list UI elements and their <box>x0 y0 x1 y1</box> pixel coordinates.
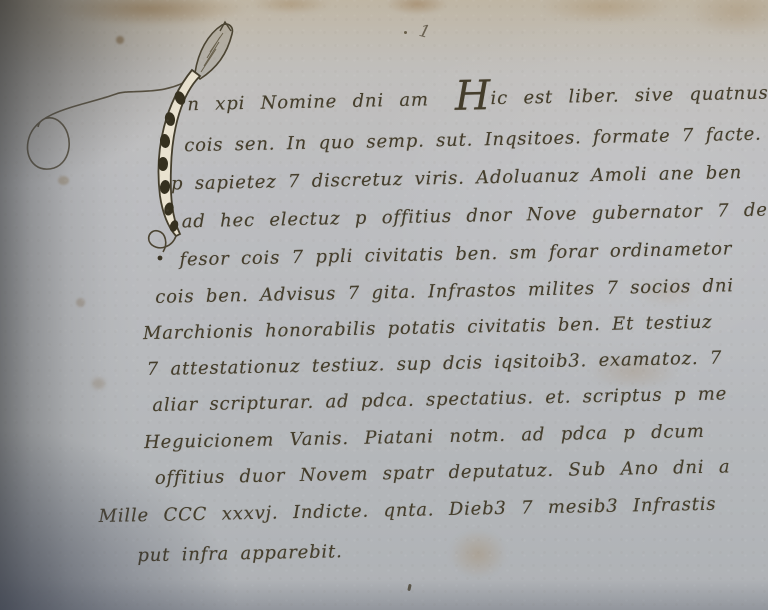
manuscript-text: n xpi Nomine dni amHic est liber. sive q… <box>0 0 768 610</box>
manuscript-line: ad hec electuz p offitius dnor Nove gube… <box>182 200 768 233</box>
manuscript-line: aliar scripturar. ad pdca. spectatius. e… <box>152 383 727 416</box>
manuscript-line: offitius duor Novem spatr deputatuz. Sub… <box>155 456 731 489</box>
manuscript-line: put infra apparebit. <box>137 541 343 566</box>
manuscript-line: cois sen. In quo semp. sut. Inqsitoes. f… <box>184 124 762 157</box>
heading-left-text: n xpi Nomine dni am <box>187 89 429 115</box>
manuscript-line: Marchionis honorabilis potatis civitatis… <box>143 312 713 344</box>
manuscript-line: Heguicionem Vanis. Piatani notm. ad pdca… <box>144 421 705 453</box>
manuscript-line: Mille CCC xxxvj. Indicte. qnta. Dieb3 7 … <box>98 494 716 527</box>
initial-H: H <box>454 71 491 120</box>
manuscript-line: p sapietez 7 discretuz viris. Adoluanuz … <box>171 162 742 194</box>
manuscript-line: cois ben. Advisus 7 gita. Infrastos mili… <box>155 275 734 308</box>
manuscript-line: n xpi Nomine dni amHic est liber. sive q… <box>187 83 768 116</box>
manuscript-line: 7 attestationuz testiuz. sup dcis iqsito… <box>147 348 723 381</box>
heading-gap <box>429 105 455 106</box>
manuscript-photo: 1 n xpi Nomine dni amHic est liber. sive… <box>0 0 768 610</box>
manuscript-line: fesor cois 7 ppli civitatis ben. sm fora… <box>179 238 732 270</box>
heading-right-text: ic est liber. sive quatnus <box>490 83 768 110</box>
